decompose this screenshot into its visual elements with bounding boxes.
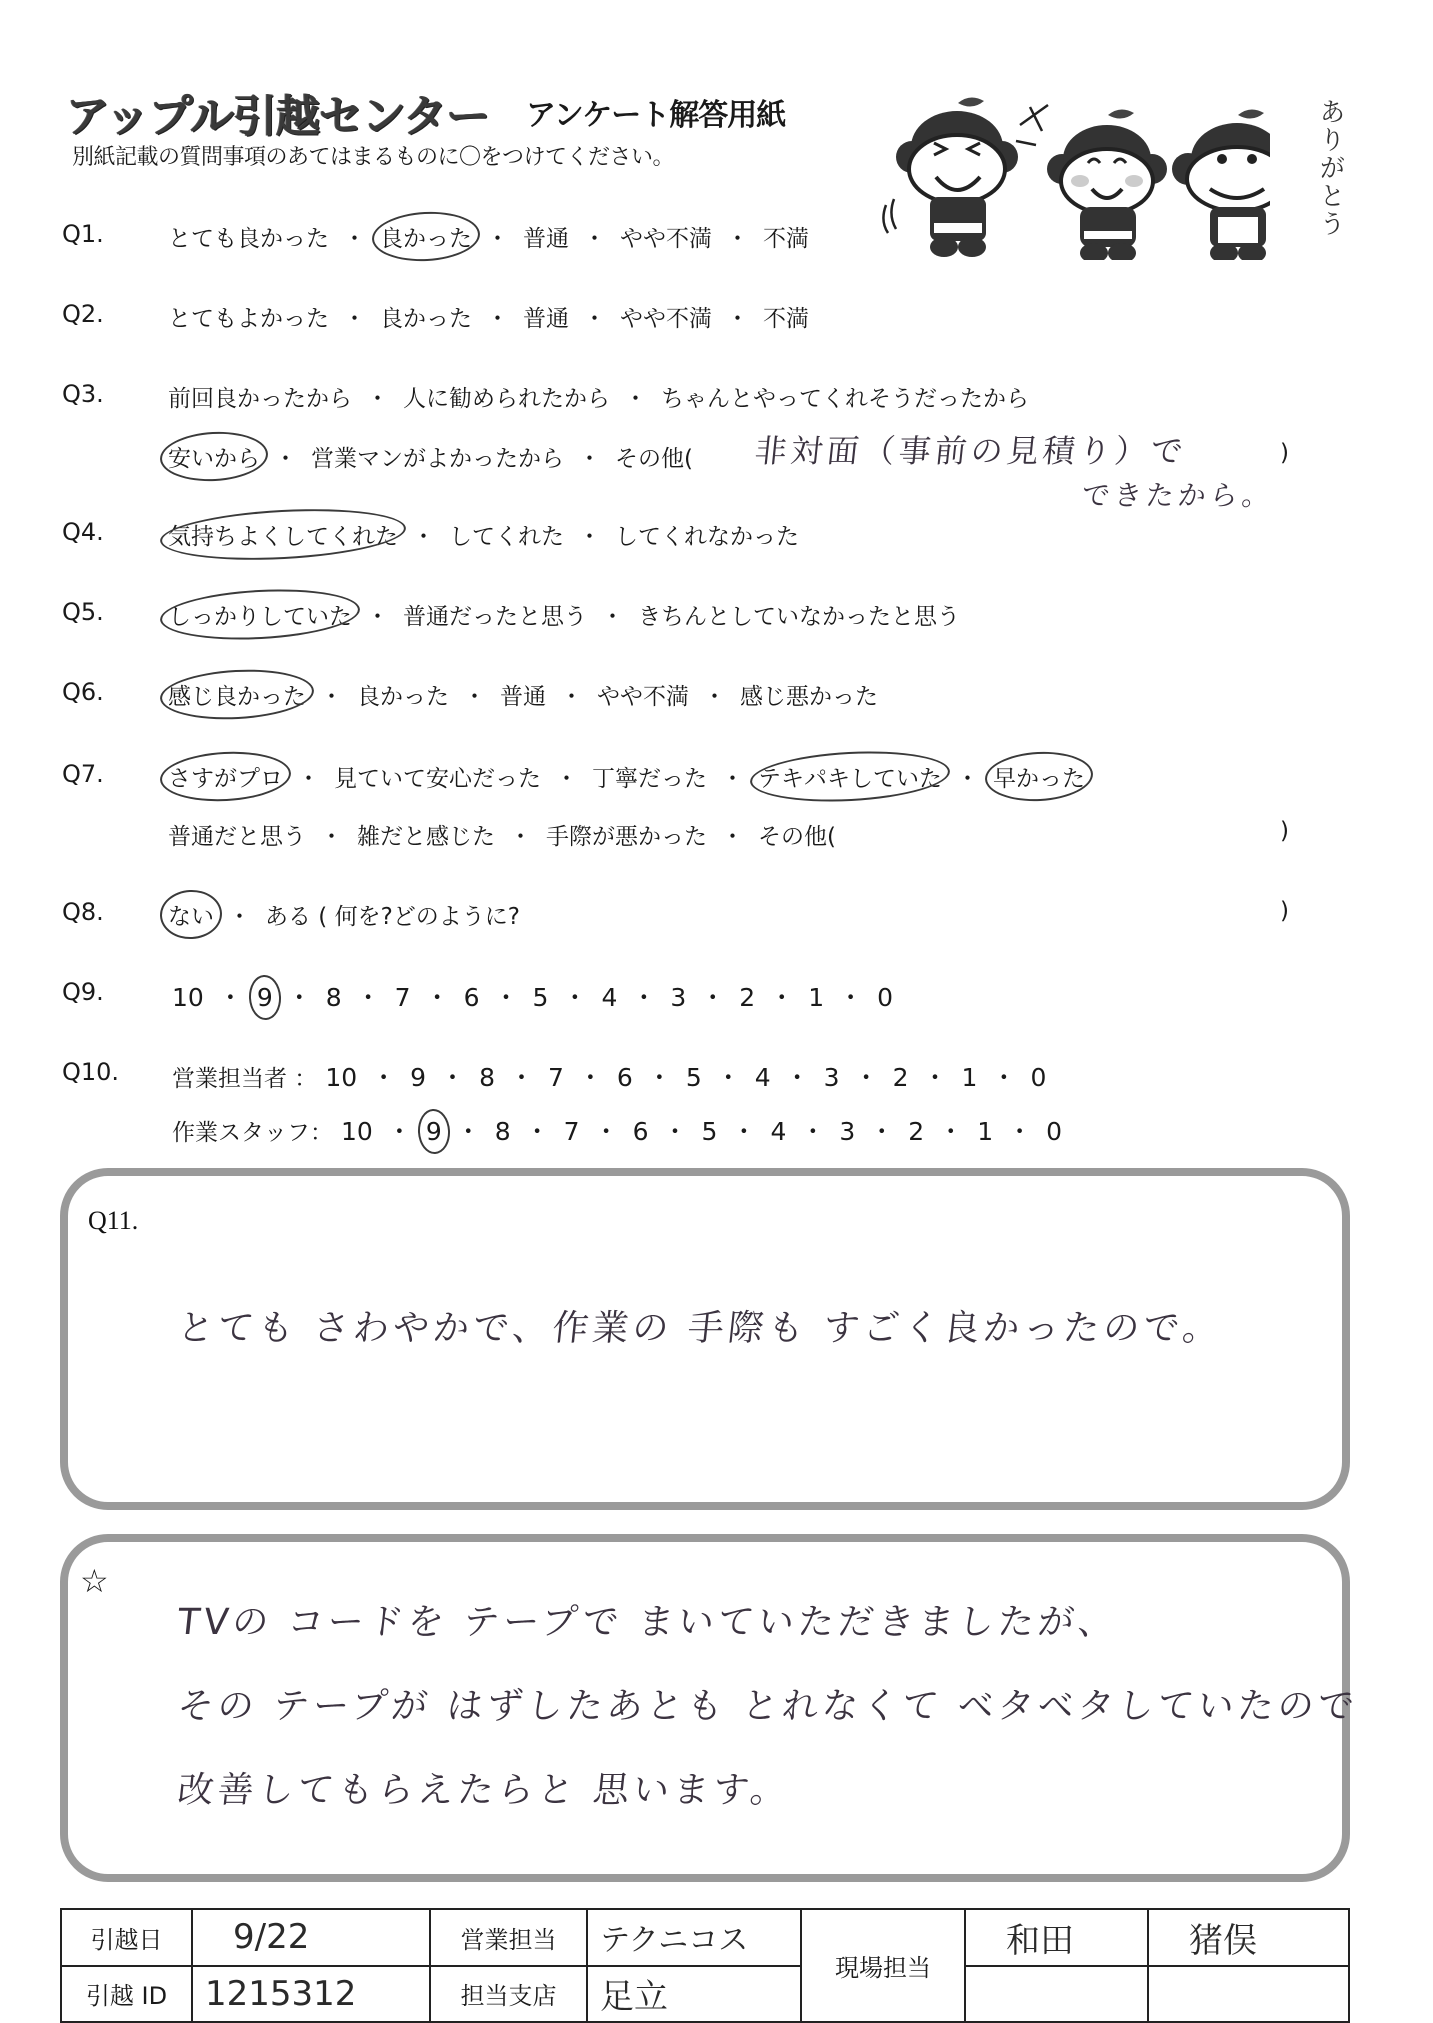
q7-option-selected[interactable]: さすがプロ <box>168 760 283 793</box>
q10-score[interactable]: 3 <box>839 1117 855 1146</box>
q9-score[interactable]: 0 <box>877 983 893 1012</box>
site-staff-4[interactable] <box>1148 1966 1349 2023</box>
q6-options: 感じ良かった・良かった・普通・やや不満・感じ悪かった <box>168 678 878 711</box>
q10-score[interactable]: 8 <box>479 1063 495 1092</box>
move-id-label: 引越 ID <box>61 1966 192 2023</box>
comment-line[interactable]: TVの コードを テープで まいていただきましたが、 <box>175 1594 1121 1645</box>
q2-option[interactable]: とてもよかった <box>168 306 329 332</box>
q3-other-answer-line2[interactable]: できたから。 <box>1080 474 1276 514</box>
q10-score[interactable]: 10 <box>325 1063 357 1092</box>
q7-label: Q7. <box>62 760 104 788</box>
q7-option-selected[interactable]: 早かった <box>993 760 1085 793</box>
q7-option[interactable]: 丁寧だった <box>592 766 707 792</box>
q10-score[interactable]: 1 <box>977 1117 993 1146</box>
q10-score[interactable]: 9 <box>410 1063 426 1092</box>
q10-label: Q10. <box>62 1058 119 1086</box>
q7-option-selected[interactable]: テキパキしていた <box>758 760 942 793</box>
q4-option-selected[interactable]: 気持ちよくしてくれた <box>168 518 398 551</box>
q1-option[interactable]: 普通 <box>523 226 569 252</box>
q6-option-selected[interactable]: 感じ良かった <box>168 678 306 711</box>
q10-score[interactable]: 7 <box>548 1063 564 1092</box>
q2-options: とてもよかった・良かった・普通・やや不満・不満 <box>168 300 809 333</box>
branch-value[interactable]: 足立 <box>587 1966 801 2023</box>
q11-label: Q11. <box>88 1206 138 1236</box>
star-icon: ☆ <box>80 1562 109 1600</box>
q10-score[interactable]: 2 <box>908 1117 924 1146</box>
q7-option[interactable]: 普通だと思う <box>168 824 306 850</box>
q3-options-line1: 前回良かったから・人に勧められたから・ちゃんとやってくれそうだったから <box>168 380 1029 413</box>
q6-option[interactable]: 良かった <box>357 684 449 710</box>
q10-score[interactable]: 5 <box>702 1117 718 1146</box>
q3-option[interactable]: 人に勧められたから <box>403 386 610 412</box>
q10-score-selected[interactable]: 9 <box>426 1117 442 1146</box>
form-subtitle: アンケート解答用紙 <box>526 90 785 134</box>
q7-options-line1: さすがプロ・見ていて安心だった・丁寧だった・テキパキしていた・早かった <box>168 760 1085 793</box>
q10-score[interactable]: 5 <box>686 1063 702 1092</box>
move-id-value[interactable]: 1215312 <box>192 1966 430 2023</box>
q4-option[interactable]: してくれなかった <box>615 524 799 550</box>
q2-label: Q2. <box>62 300 104 328</box>
comment-line[interactable]: その テープが はずしたあとも とれなくて ベタベタしていたので <box>175 1678 1360 1729</box>
q10-score[interactable]: 2 <box>893 1063 909 1092</box>
q3-option[interactable]: ちゃんとやってくれそうだったから <box>661 386 1029 412</box>
q10-score[interactable]: 4 <box>770 1117 786 1146</box>
q2-option[interactable]: やや不満 <box>620 306 712 332</box>
q4-label: Q4. <box>62 518 104 546</box>
q11-answer-text[interactable]: とても さわやかで、作業の 手際も すごく良かったので。 <box>175 1300 1225 1351</box>
q10-score[interactable]: 0 <box>1046 1117 1062 1146</box>
q1-option[interactable]: やや不満 <box>620 226 712 252</box>
q5-label: Q5. <box>62 598 104 626</box>
q10-score[interactable]: 4 <box>755 1063 771 1092</box>
move-date-value[interactable]: 9/22 <box>192 1909 430 1966</box>
site-staff-label: 現場担当 <box>801 1909 965 2022</box>
q9-score-selected[interactable]: 9 <box>257 983 273 1012</box>
q8-options: ない・ある ( 何を?どのように? <box>168 898 520 931</box>
q11-answer-box[interactable]: Q11. とても さわやかで、作業の 手際も すごく良かったので。 <box>60 1168 1350 1510</box>
comment-box[interactable]: ☆ TVの コードを テープで まいていただきましたが、 その テープが はずし… <box>60 1534 1350 1882</box>
site-staff-1[interactable]: 和田 <box>965 1909 1148 1966</box>
q1-option-selected[interactable]: 良かった <box>380 220 472 253</box>
q1-options: とても良かった・良かった・普通・やや不満・不満 <box>168 220 809 253</box>
q2-option[interactable]: 良かった <box>380 306 472 332</box>
q3-option[interactable]: 営業マンがよかったから <box>311 446 564 472</box>
q3-other-answer-line1[interactable]: 非対面（事前の見積り）で <box>753 426 1190 472</box>
q9-score[interactable]: 5 <box>533 983 549 1012</box>
q3-option-other[interactable]: その他( <box>615 446 693 472</box>
q10-score[interactable]: 8 <box>495 1117 511 1146</box>
q9-score[interactable]: 10 <box>172 983 204 1012</box>
q8-option[interactable]: ある ( 何を?どのように? <box>265 904 520 930</box>
q6-option[interactable]: 感じ悪かった <box>740 684 878 710</box>
q1-option[interactable]: とても良かった <box>168 226 329 252</box>
q8-option-selected[interactable]: ない <box>168 898 214 931</box>
q7-option[interactable]: 手際が悪かった <box>546 824 707 850</box>
q1-option[interactable]: 不満 <box>763 226 809 252</box>
q10-score[interactable]: 10 <box>341 1117 373 1146</box>
form-title: アップル引越センター <box>66 80 489 144</box>
sales-rep-label: 営業担当 <box>430 1909 587 1966</box>
q9-score[interactable]: 6 <box>464 983 480 1012</box>
q10-staff-row: 作業スタッフ：10・9・8・7・6・5・4・3・2・1・0 <box>172 1112 1062 1148</box>
q3-option-selected[interactable]: 安いから <box>168 440 260 473</box>
q4-option[interactable]: してくれた <box>449 524 564 550</box>
q9-score[interactable]: 3 <box>670 983 686 1012</box>
q9-score[interactable]: 7 <box>395 983 411 1012</box>
q7-options-line2: 普通だと思う・雑だと感じた・手際が悪かった・その他( <box>168 818 836 851</box>
q9-label: Q9. <box>62 978 104 1006</box>
q9-scale: 10・9・8・7・6・5・4・3・2・1・0 <box>172 978 893 1014</box>
q7-option[interactable]: 雑だと感じた <box>357 824 495 850</box>
instructions-text: 別紙記載の質問事項のあてはまるものに〇をつけてください。 <box>72 140 674 171</box>
q4-options: 気持ちよくしてくれた・してくれた・してくれなかった <box>168 518 799 551</box>
q8-close-paren: ) <box>1280 898 1289 924</box>
q7-close-paren: ) <box>1280 818 1289 844</box>
sales-rep-value[interactable]: テクニコス <box>587 1909 801 1966</box>
comment-line[interactable]: 改善してもらえたらと 思います。 <box>175 1762 793 1813</box>
q8-label: Q8. <box>62 898 104 926</box>
site-staff-2[interactable]: 猪俣 <box>1148 1909 1349 1966</box>
q10-score[interactable]: 1 <box>962 1063 978 1092</box>
move-info-table: 引越日 9/22 営業担当 テクニコス 現場担当 和田 猪俣 引越 ID 121… <box>60 1908 1350 2023</box>
q10-score[interactable]: 6 <box>617 1063 633 1092</box>
q10-sales-label: 営業担当者 ： <box>172 1066 317 1092</box>
q2-option[interactable]: 不満 <box>763 306 809 332</box>
q5-option-selected[interactable]: しっかりしていた <box>168 598 352 631</box>
q10-score[interactable]: 6 <box>633 1117 649 1146</box>
q9-score[interactable]: 8 <box>326 983 342 1012</box>
q10-staff-label: 作業スタッフ： <box>172 1120 333 1146</box>
q3-close-paren: ) <box>1280 440 1289 466</box>
q7-option-other[interactable]: その他( <box>758 824 836 850</box>
q3-options-line2: 安いから・営業マンがよかったから・その他( <box>168 440 693 473</box>
q5-option[interactable]: 普通だったと思う <box>403 604 587 630</box>
q3-label: Q3. <box>62 380 104 408</box>
q7-option[interactable]: 見ていて安心だった <box>334 766 541 792</box>
q10-score[interactable]: 0 <box>1030 1063 1046 1092</box>
q10-score[interactable]: 7 <box>564 1117 580 1146</box>
q9-score[interactable]: 2 <box>739 983 755 1012</box>
branch-label: 担当支店 <box>430 1966 587 2023</box>
q6-label: Q6. <box>62 678 104 706</box>
q9-score[interactable]: 4 <box>601 983 617 1012</box>
q9-score[interactable]: 1 <box>808 983 824 1012</box>
q1-label: Q1. <box>62 220 104 248</box>
q2-option[interactable]: 普通 <box>523 306 569 332</box>
q6-option[interactable]: 普通 <box>500 684 546 710</box>
q5-option[interactable]: きちんとしていなかったと思う <box>638 604 960 630</box>
site-staff-3[interactable] <box>965 1966 1148 2023</box>
q3-option[interactable]: 前回良かったから <box>168 386 352 412</box>
q10-sales-row: 営業担当者 ：10・9・8・7・6・5・4・3・2・1・0 <box>172 1058 1046 1094</box>
q5-options: しっかりしていた・普通だったと思う・きちんとしていなかったと思う <box>168 598 960 631</box>
move-date-label: 引越日 <box>61 1909 192 1966</box>
thanks-text: ありがとう <box>1312 98 1349 238</box>
monkey-mascot-icon <box>880 85 1270 260</box>
q6-option[interactable]: やや不満 <box>597 684 689 710</box>
q10-score[interactable]: 3 <box>824 1063 840 1092</box>
